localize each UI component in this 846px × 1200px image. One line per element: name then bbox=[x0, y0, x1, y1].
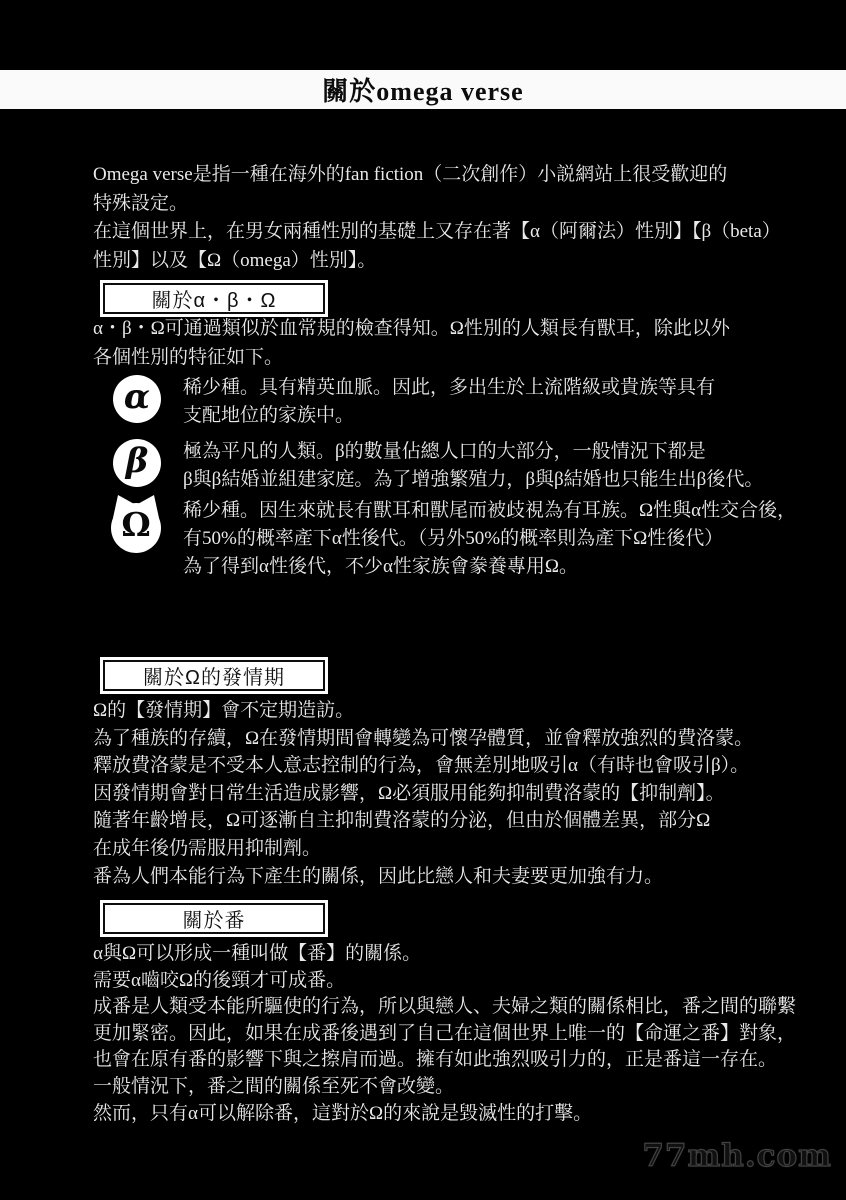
intro-line: 性別】以及【Ω（omega）性別】。 bbox=[93, 247, 781, 276]
pair-paragraph: α與Ω可以形成一種叫做【番】的關係。 需要α嚙咬Ω的後頸才可成番。 成番是人類受… bbox=[93, 941, 796, 1127]
omega-description-line: 為了得到α性後代，不少α性家族會豢養專用Ω。 bbox=[183, 553, 796, 581]
intro-line: Omega verse是指一種在海外的fan fiction（二次創作）小説網站… bbox=[93, 161, 781, 190]
alpha-description-line: 支配地位的家族中。 bbox=[183, 402, 715, 430]
heat-line: 釋放費洛蒙是不受本人意志控制的行為，會無差別地吸引α（有時也會吸引β）。 bbox=[93, 752, 753, 780]
heat-line: 為了種族的存續，Ω在發情期間會轉變為可懷孕體質，並會釋放強烈的費洛蒙。 bbox=[93, 725, 753, 753]
intro-line: 特殊設定。 bbox=[93, 190, 781, 219]
section-header-label: 關於番 bbox=[183, 904, 246, 933]
page-title: 關於omega verse bbox=[322, 71, 523, 108]
section-header-label: 關於α・β・Ω bbox=[151, 284, 276, 313]
omega-description-line: 稀少種。因生來就長有獸耳和獸尾而被歧視為有耳族。Ω性與α性交合後， bbox=[183, 497, 796, 525]
watermark: 77mh.com bbox=[642, 1138, 832, 1174]
omegaverse-info-page: 關於omega verse Omega verse是指一種在海外的fan fic… bbox=[0, 0, 846, 1200]
heat-line: 在成年後仍需服用抑制劑。 bbox=[93, 835, 753, 863]
omega-description: 稀少種。因生來就長有獸耳和獸尾而被歧視為有耳族。Ω性與α性交合後， 有50%的概… bbox=[183, 497, 796, 581]
pair-line: 需要α嚙咬Ω的後頸才可成番。 bbox=[93, 968, 796, 995]
heat-line: 番為人們本能行為下產生的關係，因此比戀人和夫妻要更加強有力。 bbox=[93, 863, 753, 891]
heat-line: 隨著年齡增長，Ω可逐漸自主抑制費洛蒙的分泌，但由於個體差異，部分Ω bbox=[93, 807, 753, 835]
section-header-label: 關於Ω的發情期 bbox=[143, 661, 285, 690]
section-header-heat: 關於Ω的發情期 bbox=[103, 660, 325, 691]
heat-paragraph: Ω的【發情期】會不定期造訪。 為了種族的存續，Ω在發情期間會轉變為可懷孕體質，並… bbox=[93, 697, 753, 890]
alpha-description: 稀少種。具有精英血脈。因此，多出生於上流階級或貴族等具有 支配地位的家族中。 bbox=[183, 374, 715, 430]
pair-line: 然而，只有α可以解除番，這對於Ω的來說是毀滅性的打擊。 bbox=[93, 1101, 796, 1128]
beta-description: 極為平凡的人類。β的數量佔總人口的大部分，一般情況下都是 β與β結婚並組建家庭。… bbox=[183, 438, 763, 494]
pair-line: 更加緊密。因此，如果在成番後遇到了自己在這個世界上唯一的【命運之番】對象， bbox=[93, 1021, 796, 1048]
beta-description-line: 極為平凡的人類。β的數量佔總人口的大部分，一般情況下都是 bbox=[183, 438, 763, 466]
intro-paragraph: Omega verse是指一種在海外的fan fiction（二次創作）小説網站… bbox=[93, 161, 781, 275]
beta-description-line: β與β結婚並組建家庭。為了增強繁殖力，β與β結婚也只能生出β後代。 bbox=[183, 466, 763, 494]
abo-intro-line: 各個性別的特征如下。 bbox=[93, 344, 730, 373]
abo-intro-paragraph: α・β・Ω可通過類似於血常規的檢查得知。Ω性別的人類長有獸耳，除此以外 各個性別… bbox=[93, 315, 730, 372]
section-header-abo: 關於α・β・Ω bbox=[103, 283, 325, 314]
pair-line: 一般情況下，番之間的關係至死不會改變。 bbox=[93, 1074, 796, 1101]
heat-line: 因發情期會對日常生活造成影響，Ω必須服用能夠抑制費洛蒙的【抑制劑】。 bbox=[93, 780, 753, 808]
beta-symbol: β bbox=[126, 441, 149, 481]
intro-line: 在這個世界上，在男女兩種性別的基礎上又存在著【α（阿爾法）性別】【β（beta） bbox=[93, 218, 781, 247]
section-header-pair: 關於番 bbox=[103, 903, 325, 934]
omega-description-line: 有50%的概率產下α性後代。（另外50%的概率則為產下Ω性後代） bbox=[183, 525, 796, 553]
pair-line: α與Ω可以形成一種叫做【番】的關係。 bbox=[93, 941, 796, 968]
heat-line: Ω的【發情期】會不定期造訪。 bbox=[93, 697, 753, 725]
beta-circle-icon: β bbox=[113, 439, 161, 487]
pair-line: 成番是人類受本能所驅使的行為，所以與戀人、夫婦之類的關係相比，番之間的聯繫 bbox=[93, 994, 796, 1021]
abo-intro-line: α・β・Ω可通過類似於血常規的檢查得知。Ω性別的人類長有獸耳，除此以外 bbox=[93, 315, 730, 344]
pair-line: 也會在原有番的影響下與之擦肩而過。擁有如此強烈吸引力的，正是番這一存在。 bbox=[93, 1047, 796, 1074]
page-title-bar: 關於omega verse bbox=[0, 70, 846, 109]
alpha-description-line: 稀少種。具有精英血脈。因此，多出生於上流階級或貴族等具有 bbox=[183, 374, 715, 402]
alpha-symbol: α bbox=[124, 377, 150, 417]
alpha-circle-icon: α bbox=[113, 375, 161, 423]
omega-symbol: Ω bbox=[109, 505, 163, 544]
omega-cat-ear-icon: Ω bbox=[109, 494, 163, 554]
